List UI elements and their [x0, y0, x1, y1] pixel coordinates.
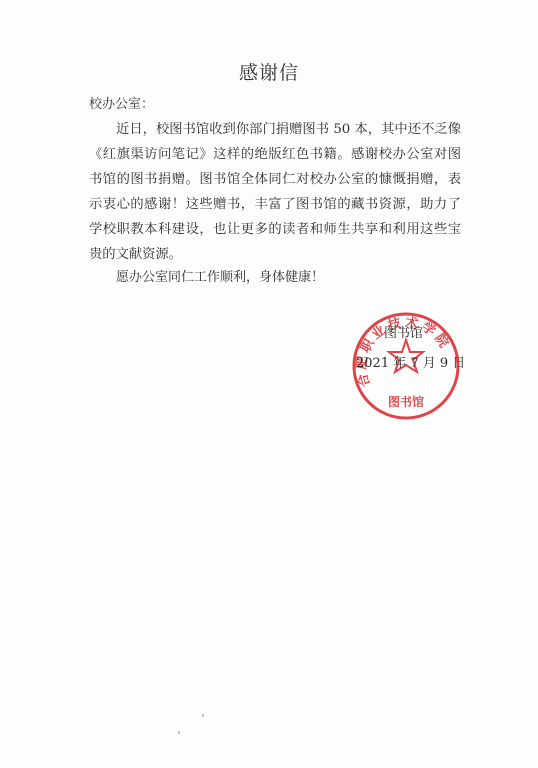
stamp-center-text: 图书馆: [388, 394, 424, 409]
letter-title: 感谢信: [0, 58, 538, 85]
letter-page: 感谢信 校办公室： 近日，校图书馆收到你部门捐赠图书 50 本，其中还不乏像《红…: [0, 0, 538, 768]
signature-date: 2021 年 7 月 9 日: [356, 352, 465, 371]
letter-body: 近日，校图书馆收到你部门捐赠图书 50 本，其中还不乏像《红旗渠访问笔记》这样的…: [89, 117, 461, 267]
scan-speck: [202, 714, 204, 717]
salutation: 校办公室：: [89, 93, 154, 112]
scan-speck: [178, 731, 180, 734]
signature-organization: 图书馆: [384, 322, 423, 341]
closing-wish: 愿办公室同仁工作顺利，身体健康！: [116, 266, 324, 285]
